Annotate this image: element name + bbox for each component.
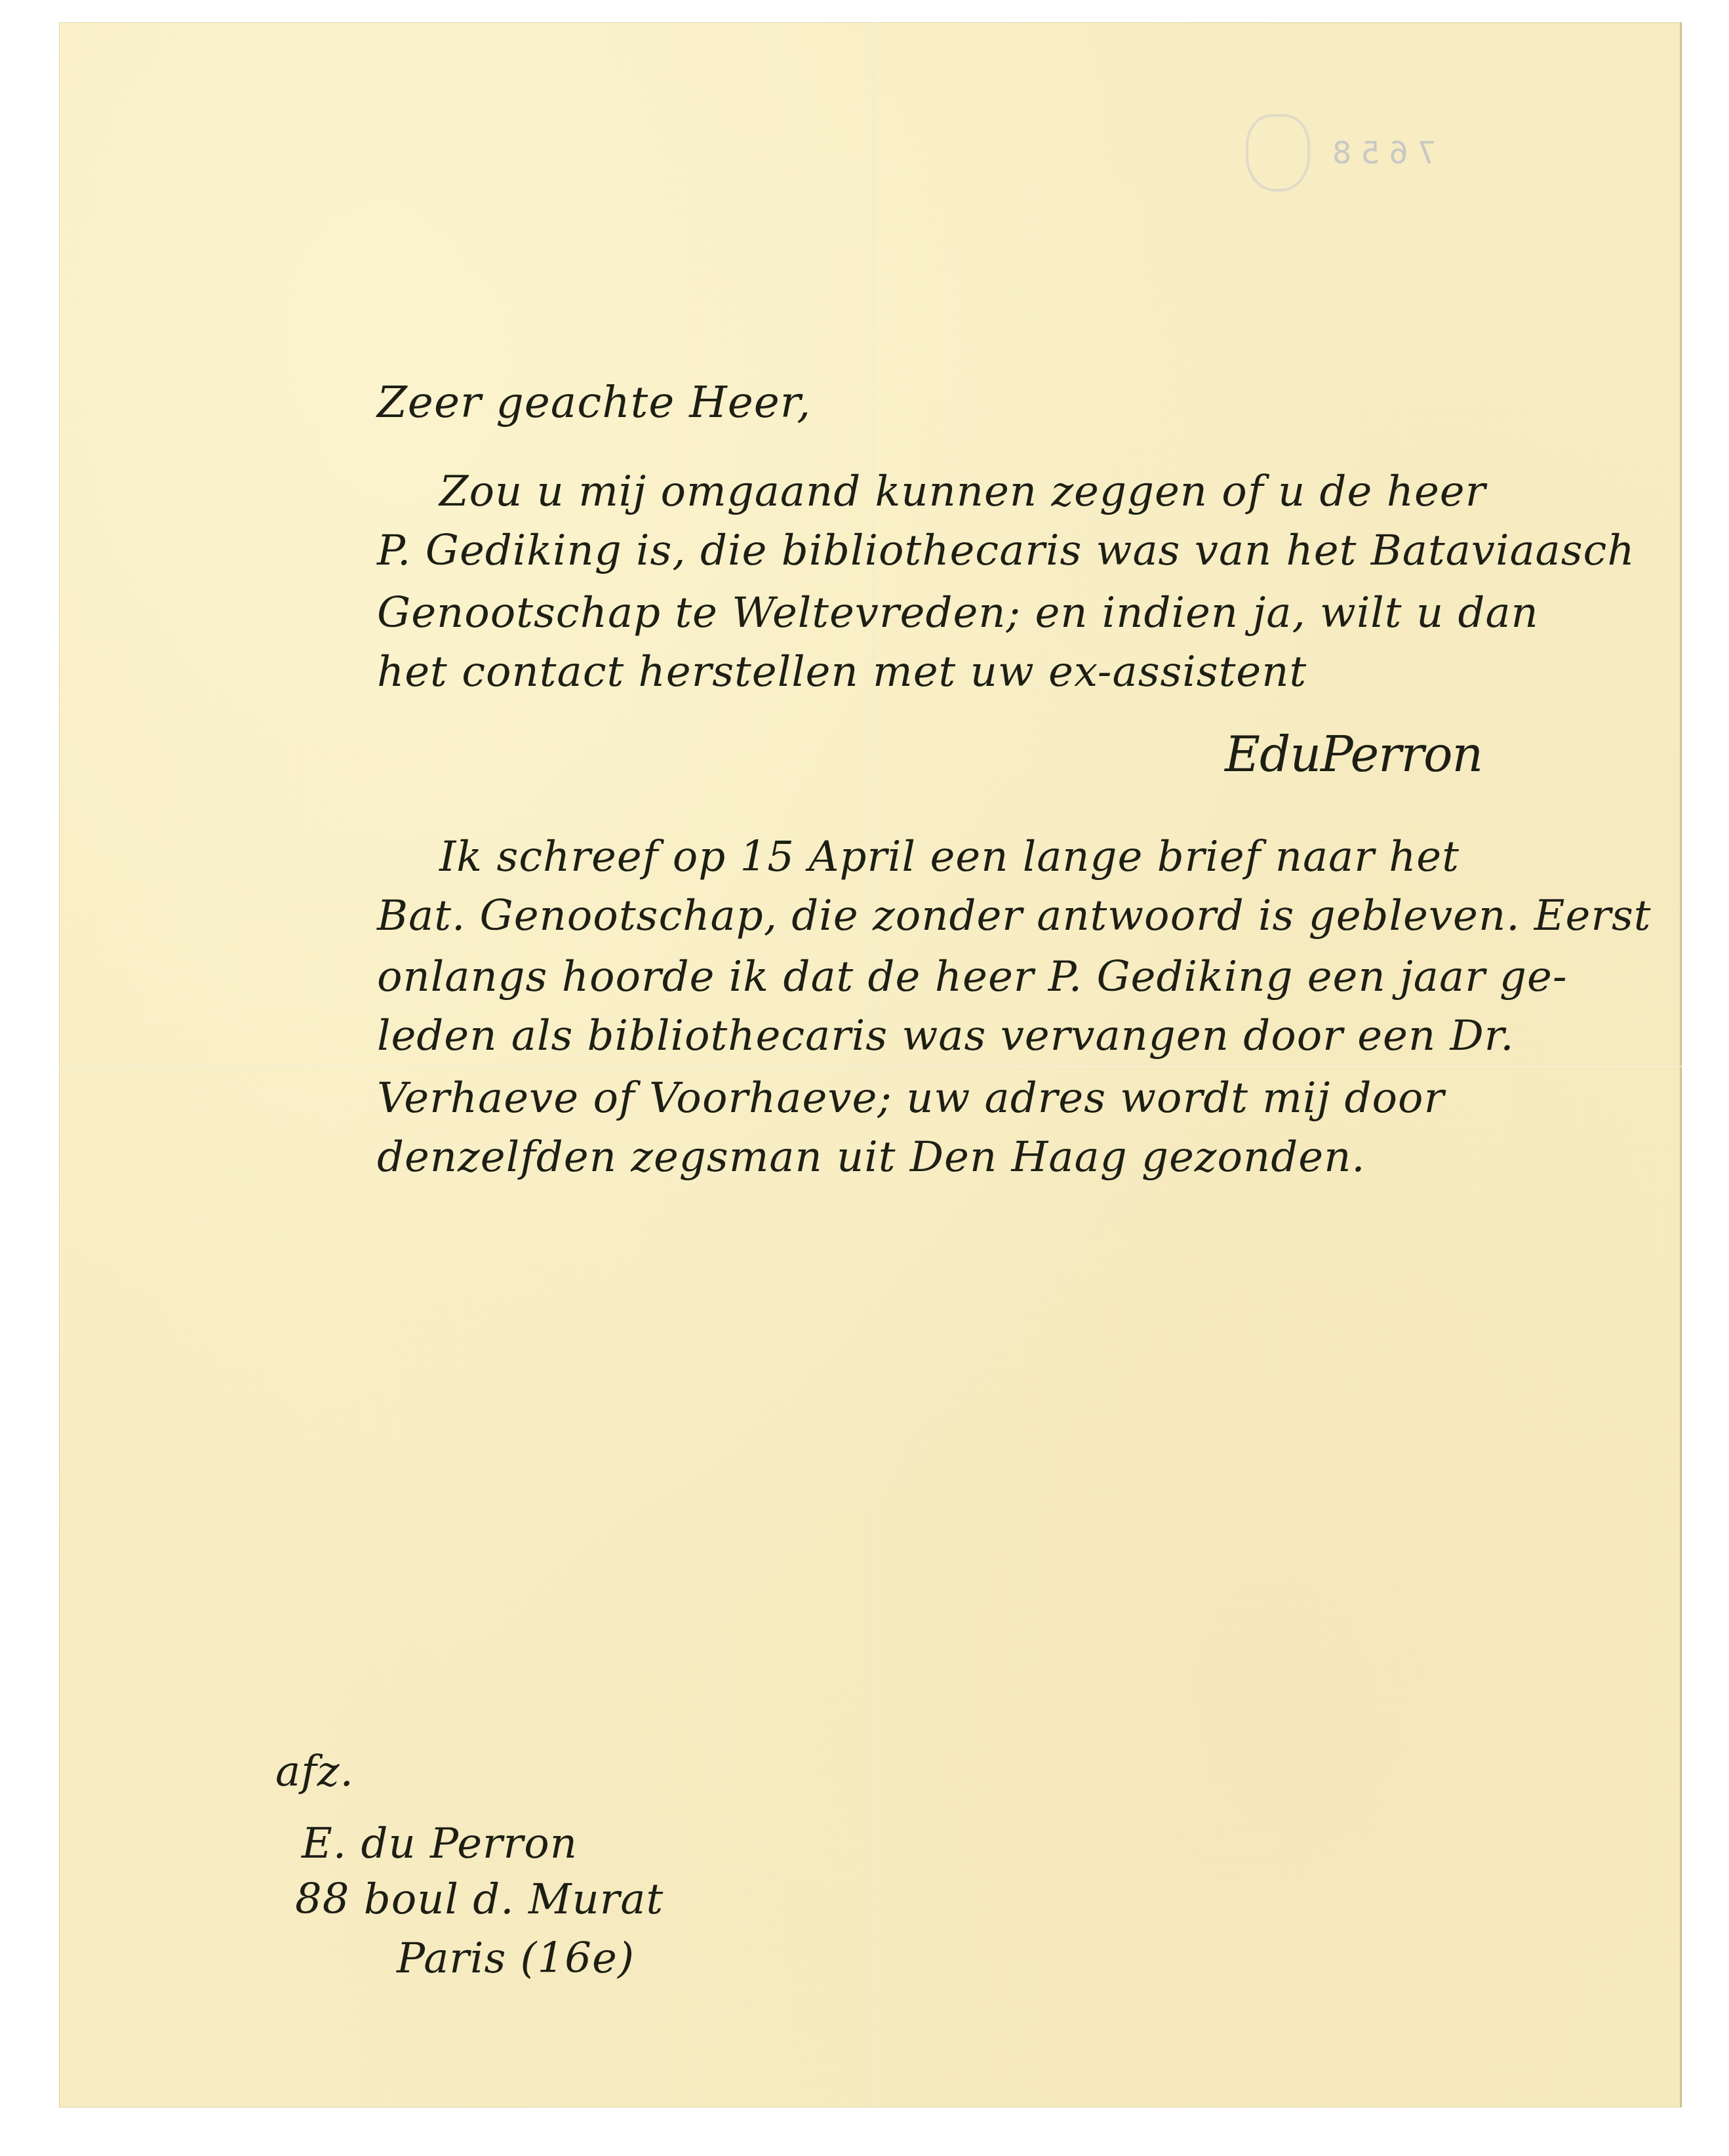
- paragraph-1-line: P. Gediking is, die bibliothecaris was v…: [377, 521, 1635, 580]
- paragraph-1-line: het contact herstellen met uw ex-assiste…: [377, 643, 1307, 702]
- sender-city: Paris (16e): [397, 1934, 635, 1983]
- paragraph-2-line: Ik schreef op 15 April een lange brief n…: [439, 828, 1460, 887]
- paragraph-2-line: Verhaeve of Voorhaeve; uw adres wordt mi…: [377, 1069, 1444, 1128]
- sender-street: 88 boul d. Murat: [295, 1875, 664, 1924]
- paragraph-1-line: Genootschap te Weltevreden; en indien ja…: [377, 584, 1539, 643]
- paragraph-2-line: Bat. Genootschap, die zonder antwoord is…: [377, 887, 1652, 946]
- paragraph-2-line: onlangs hoorde ik dat de heer P. Gedikin…: [377, 948, 1568, 1007]
- signature: EduPerron: [1225, 727, 1482, 783]
- sender-label: afz.: [275, 1747, 354, 1796]
- letter-salutation: Zeer geachte Heer,: [377, 377, 811, 428]
- paragraph-2-line: denzelfden zegsman uit Den Haag gezonden…: [377, 1128, 1366, 1187]
- paragraph-1-line: Zou u mij omgaand kunnen zeggen of u de …: [439, 462, 1486, 521]
- horizontal-fold-line: [59, 1066, 1682, 1068]
- sender-name: E. du Perron: [302, 1820, 578, 1868]
- archive-stamp: 7658: [1246, 114, 1437, 191]
- paragraph-2-line: leden als bibliothecaris was vervangen d…: [377, 1007, 1515, 1066]
- seal-icon: [1246, 114, 1310, 191]
- archive-stamp-number: 7658: [1323, 135, 1437, 170]
